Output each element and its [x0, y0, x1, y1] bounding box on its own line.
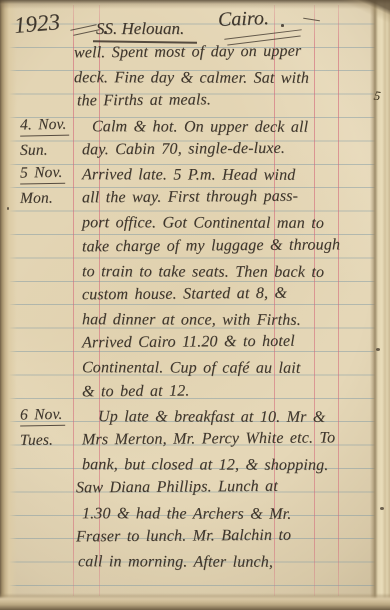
bottom-page-edges: [0, 593, 390, 610]
entry-day-label: Tues.: [20, 429, 53, 453]
diary-line: Saw Diana Phillips. Lunch at: [0, 474, 390, 501]
year-label: 1923: [13, 9, 61, 39]
diary-line-text: day. Cabin 70, single-de-luxe.: [82, 137, 285, 163]
diary-line-text: well. Spent most of day on upper: [74, 40, 301, 66]
diary-line-text: call in morning. After lunch,: [78, 550, 273, 575]
entry-date-label: 5 Nov.: [20, 163, 66, 185]
ink-speck: [376, 348, 380, 351]
diary-page: 1923 SS. Helouan. Cairo. well. Spent mos…: [0, 0, 390, 610]
diary-line-text: Fraser to lunch. Mr. Balchin to: [76, 523, 291, 549]
place-flourish-dot: [281, 24, 284, 27]
diary-line: Fraser to lunch. Mr. Balchin to: [0, 523, 390, 550]
diary-line: Arrived Cairo 11.20 & to hotel: [0, 329, 390, 356]
diary-line: well. Spent most of day on upper: [0, 39, 390, 66]
diary-line-text: Continental. Cup of café au lait: [82, 357, 301, 382]
diary-line-text: the Firths at meals.: [77, 89, 211, 114]
diary-line: Tues.Mrs Merton, Mr. Percy White etc. To: [0, 426, 390, 453]
diary-line: & to bed at 12.: [0, 378, 390, 405]
entry-day-label: Mon.: [20, 187, 53, 211]
diary-line-text: 1.30 & had the Archers & Mr.: [82, 502, 291, 527]
diary-body: well. Spent most of day on upper deck. F…: [0, 42, 390, 574]
diary-line: call in morning. After lunch,: [0, 550, 390, 575]
entry-date-label: 6 Nov.: [20, 405, 66, 427]
diary-line-text: port office. Got Continental man to: [82, 212, 324, 237]
diary-line: Mon.all the way. First through pass-: [0, 184, 390, 211]
diary-line: Sun.day. Cabin 70, single-de-luxe.: [0, 136, 390, 163]
diary-line-text: all the way. First through pass-: [82, 185, 298, 211]
binding-edge: [0, 0, 17, 610]
entry-date-label: 4. Nov.: [20, 114, 70, 136]
diary-line-text: Arrived Cairo 11.20 & to hotel: [82, 330, 295, 356]
diary-line-text: Saw Diana Phillips. Lunch at: [76, 475, 278, 501]
diary-line-text: take charge of my luggage & through: [82, 233, 340, 259]
top-right-corner-shadow: [318, 0, 390, 28]
diary-line-text: & to bed at 12.: [82, 379, 190, 404]
place-title: Cairo.: [218, 7, 270, 32]
diary-line-text: custom house. Started at 8, &: [82, 282, 287, 308]
diary-line: custom house. Started at 8, &: [0, 281, 390, 308]
ship-title: SS. Helouan.: [96, 19, 184, 39]
diary-line: take charge of my luggage & through: [0, 232, 390, 259]
diary-line-text: Mrs Merton, Mr. Percy White etc. To: [82, 426, 335, 452]
entry-day-label: Sun.: [20, 138, 48, 162]
diary-line: the Firths at meals.: [0, 87, 390, 114]
